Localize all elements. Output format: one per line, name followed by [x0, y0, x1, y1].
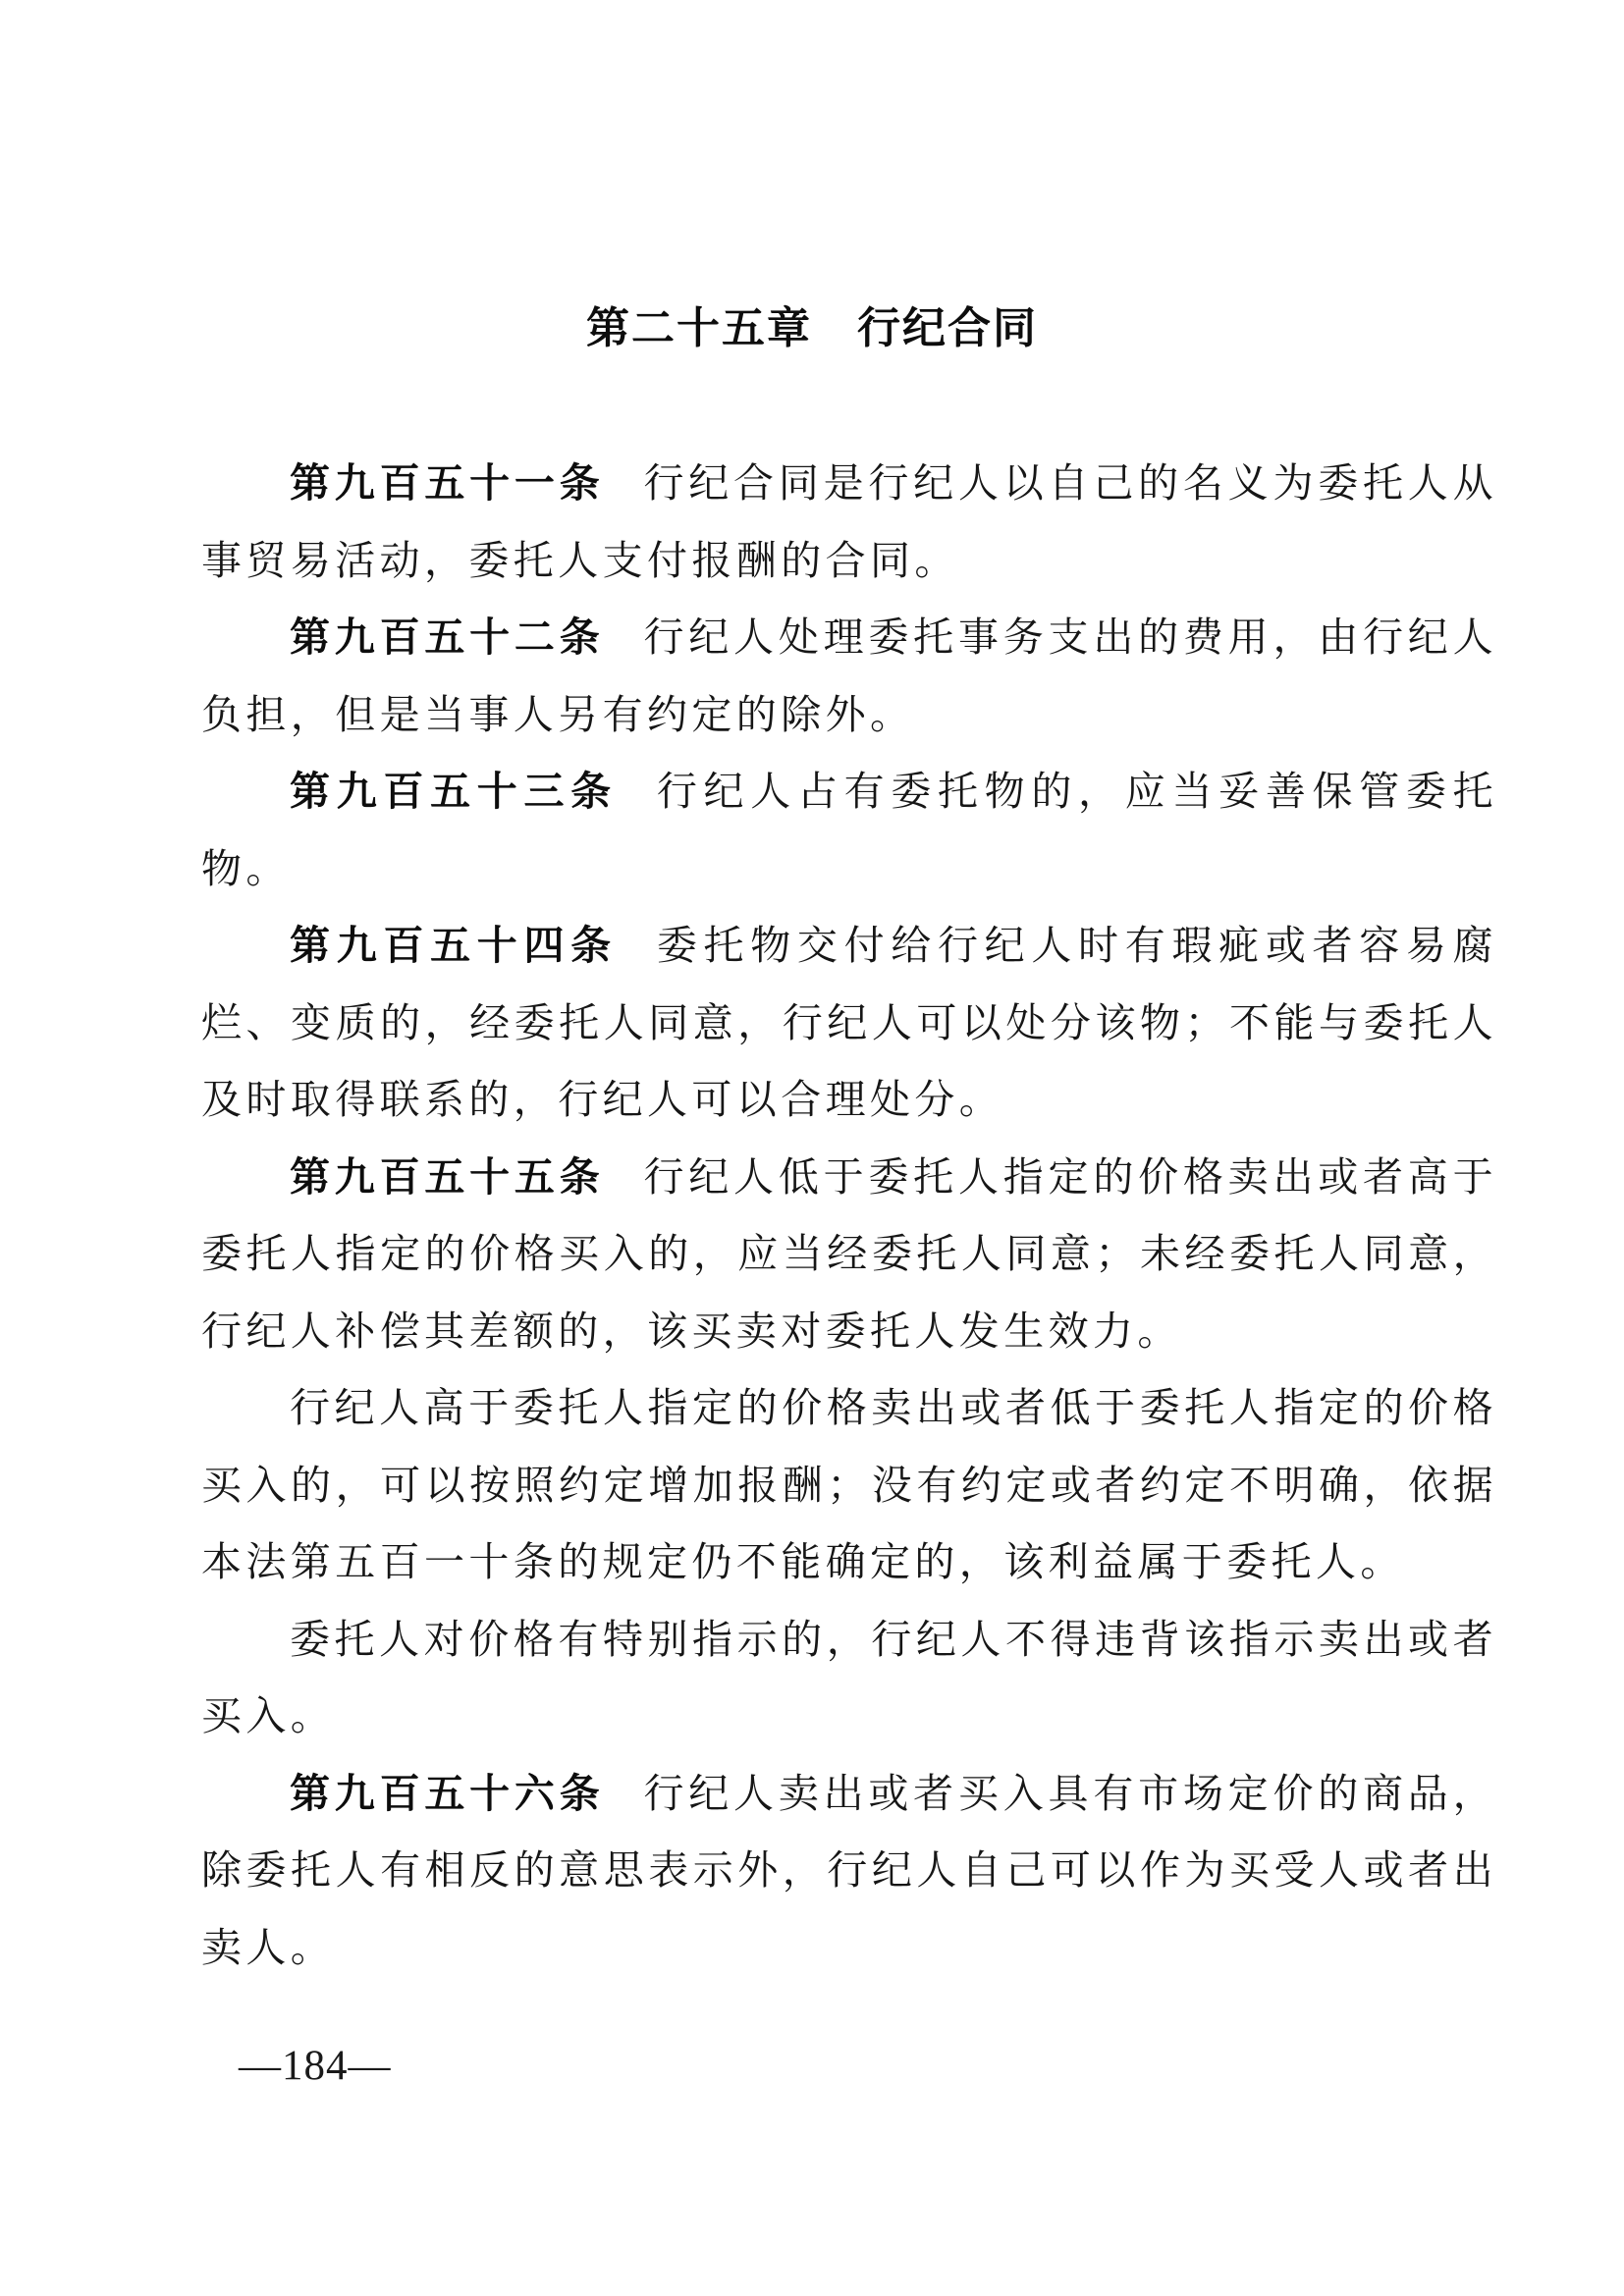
article-number-label: 第九百五十四条	[290, 923, 618, 968]
article-number-label: 第九百五十六条	[290, 1771, 604, 1816]
article-paragraph: 第九百五十二条行纪人处理委托事务支出的费用，由行纪人负担，但是当事人另有约定的除…	[201, 599, 1497, 753]
article-paragraph: 行纪人高于委托人指定的价格卖出或者低于委托人指定的价格买入的，可以按照约定增加报…	[201, 1369, 1497, 1601]
article-paragraph: 第九百五十六条行纪人卖出或者买入具有市场定价的商品，除委托人有相反的意思表示外，…	[201, 1755, 1497, 1987]
page-number: —184—	[239, 2042, 392, 2090]
article-number-label: 第九百五十三条	[290, 769, 618, 814]
article-number-label: 第九百五十五条	[290, 1154, 604, 1200]
article-paragraph: 第九百五十五条行纪人低于委托人指定的价格卖出或者高于委托人指定的价格买入的，应当…	[201, 1139, 1497, 1370]
article-paragraph: 第九百五十四条委托物交付给行纪人时有瑕疵或者容易腐烂、变质的，经委托人同意，行纪…	[201, 907, 1497, 1139]
chapter-title: 第二十五章 行纪合同	[0, 293, 1624, 355]
document-page: 第二十五章 行纪合同 第九百五十一条行纪合同是行纪人以自己的名义为委托人从事贸易…	[0, 0, 1624, 2296]
article-number-label: 第九百五十二条	[290, 614, 604, 660]
article-number-label: 第九百五十一条	[290, 460, 604, 506]
article-body: 第九百五十一条行纪合同是行纪人以自己的名义为委托人从事贸易活动，委托人支付报酬的…	[201, 445, 1497, 1986]
article-paragraph: 第九百五十三条行纪人占有委托物的，应当妥善保管委托物。	[201, 753, 1497, 907]
article-text: 委托人对价格有特别指示的，行纪人不得违背该指示卖出或者买入。	[201, 1617, 1497, 1739]
article-text: 行纪人高于委托人指定的价格卖出或者低于委托人指定的价格买入的，可以按照约定增加报…	[201, 1385, 1497, 1584]
article-paragraph: 第九百五十一条行纪合同是行纪人以自己的名义为委托人从事贸易活动，委托人支付报酬的…	[201, 445, 1497, 599]
article-paragraph: 委托人对价格有特别指示的，行纪人不得违背该指示卖出或者买入。	[201, 1601, 1497, 1755]
